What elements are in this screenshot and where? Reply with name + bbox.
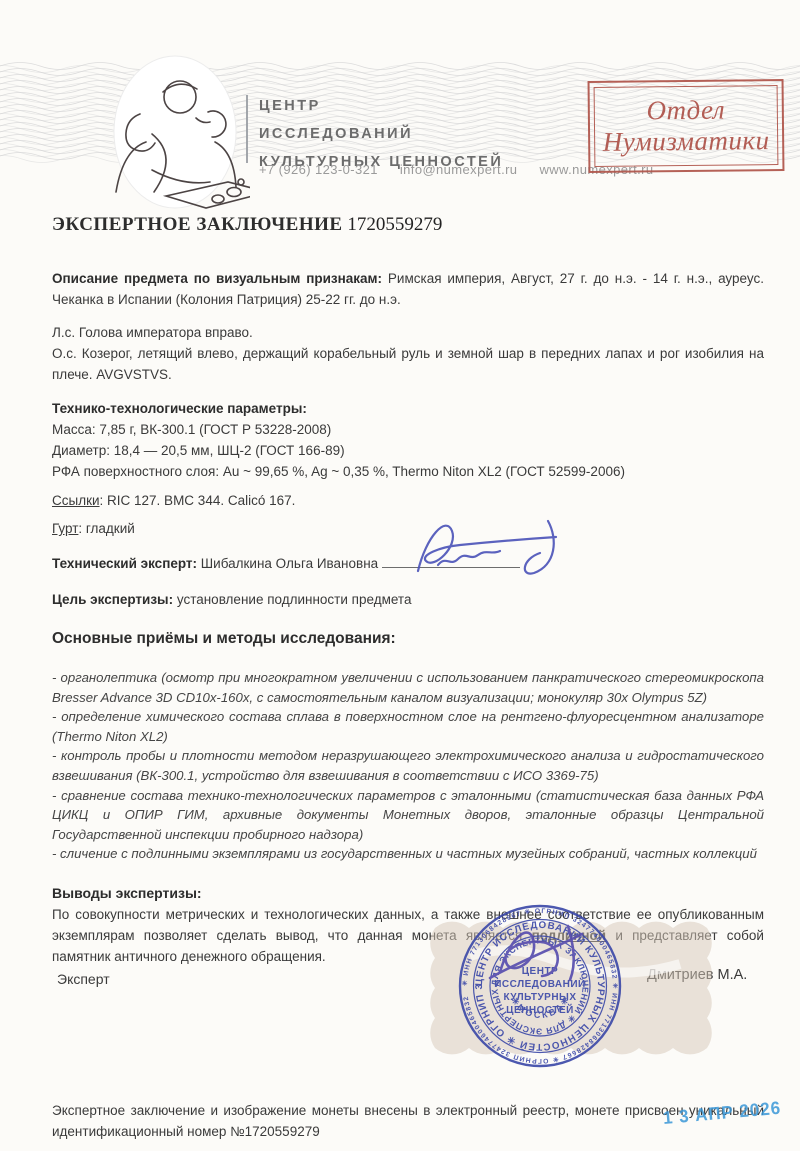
document-title: ЭКСПЕРТНОЕ ЗАКЛЮЧЕНИЕ 1720559279 — [52, 214, 764, 235]
tech-expert-label: Технический эксперт: — [52, 556, 197, 571]
tech-expert-name: Шибалкина Ольга Ивановна — [201, 556, 378, 571]
document-body: ЭКСПЕРТНОЕ ЗАКЛЮЧЕНИЕ 1720559279 Описани… — [52, 214, 764, 967]
conclusion-heading: Выводы экспертизы: — [52, 883, 764, 904]
org-logo-icon — [100, 52, 250, 212]
conclusion-label: Выводы экспертизы: — [52, 885, 202, 901]
tech-params-label: Технико-технологические параметры: — [52, 401, 307, 416]
edge-text: : гладкий — [78, 521, 134, 536]
email-address: info@numexpert.ru — [400, 162, 518, 177]
document-number: 1720559279 — [347, 214, 442, 235]
description-label: Описание предмета по визуальным признака… — [52, 271, 382, 286]
document-page: ЦЕНТР ИССЛЕДОВАНИЙ КУЛЬТУРНЫХ ЦЕННОСТЕЙ … — [0, 0, 800, 1151]
seal-center-line: ЦЕННОСТЕЙ — [506, 1003, 574, 1016]
reverse-line: О.с. Козерог, летящий влево, держащий ко… — [52, 343, 764, 385]
method-item: - определение химического состава сплава… — [52, 707, 764, 746]
methods-heading: Основные приёмы и методы исследования: — [52, 628, 764, 649]
header-divider — [246, 95, 248, 163]
description-paragraph: Описание предмета по визуальным признака… — [52, 268, 764, 310]
method-item: - контроль пробы и плотности методом нер… — [52, 746, 764, 785]
tech-expert-line: Технический эксперт: Шибалкина Ольга Ива… — [52, 553, 764, 574]
org-name-line: ЦЕНТР — [259, 92, 503, 120]
mass-line: Масса: 7,85 г, ВК-300.1 (ГОСТ Р 53228-20… — [52, 419, 764, 440]
dept-stamp-line: Отдел — [646, 95, 725, 127]
tech-expert-signature — [404, 507, 579, 587]
obverse-line: Л.с. Голова императора вправо. — [52, 322, 764, 343]
org-round-seal: ✳ ИНН 7713068428667 ✳ ОГРНИП 32477460046… — [440, 886, 640, 1086]
methods-label: Основные приёмы и методы исследования: — [52, 630, 396, 647]
phone-number: +7 (926) 123-0-321 — [259, 162, 378, 177]
seal-center-line: ИССЛЕДОВАНИЙ — [494, 977, 586, 990]
registry-note: Экспертное заключение и изображение моне… — [52, 1100, 764, 1142]
xrf-line: РФА поверхностного слоя: Au ~ 99,65 %, A… — [52, 461, 764, 482]
expert-role-label: Эксперт — [57, 971, 110, 987]
references-text: : RIC 127. BMC 344. Calicó 167. — [100, 493, 296, 508]
purpose-label: Цель экспертизы: — [52, 592, 173, 607]
numismatics-dept-stamp: Отдел Нумизматики — [588, 79, 785, 173]
method-item: - сличение с подлинными экземплярами из … — [52, 844, 764, 864]
methods-list: - органолептика (осмотр при многократном… — [52, 668, 764, 864]
edge-label: Гурт — [52, 521, 78, 536]
diameter-line: Диаметр: 18,4 — 20,5 мм, ШЦ-2 (ГОСТ 166-… — [52, 440, 764, 461]
seal-center-line: КУЛЬТУРНЫХ — [503, 992, 576, 1003]
method-item: - органолептика (осмотр при многократном… — [52, 668, 764, 707]
tech-params-heading: Технико-технологические параметры: — [52, 398, 764, 419]
dept-stamp-line: Нумизматики — [603, 125, 770, 158]
purpose-line: Цель экспертизы: установление подлинност… — [52, 589, 764, 610]
method-item: - сравнение состава технико-технологичес… — [52, 786, 764, 845]
purpose-text: установление подлинности предмета — [177, 592, 412, 607]
org-name-line: ИССЛЕДОВАНИЙ — [259, 120, 503, 148]
document-title-label: ЭКСПЕРТНОЕ ЗАКЛЮЧЕНИЕ — [52, 214, 343, 235]
references-label: Ссылки — [52, 493, 100, 508]
